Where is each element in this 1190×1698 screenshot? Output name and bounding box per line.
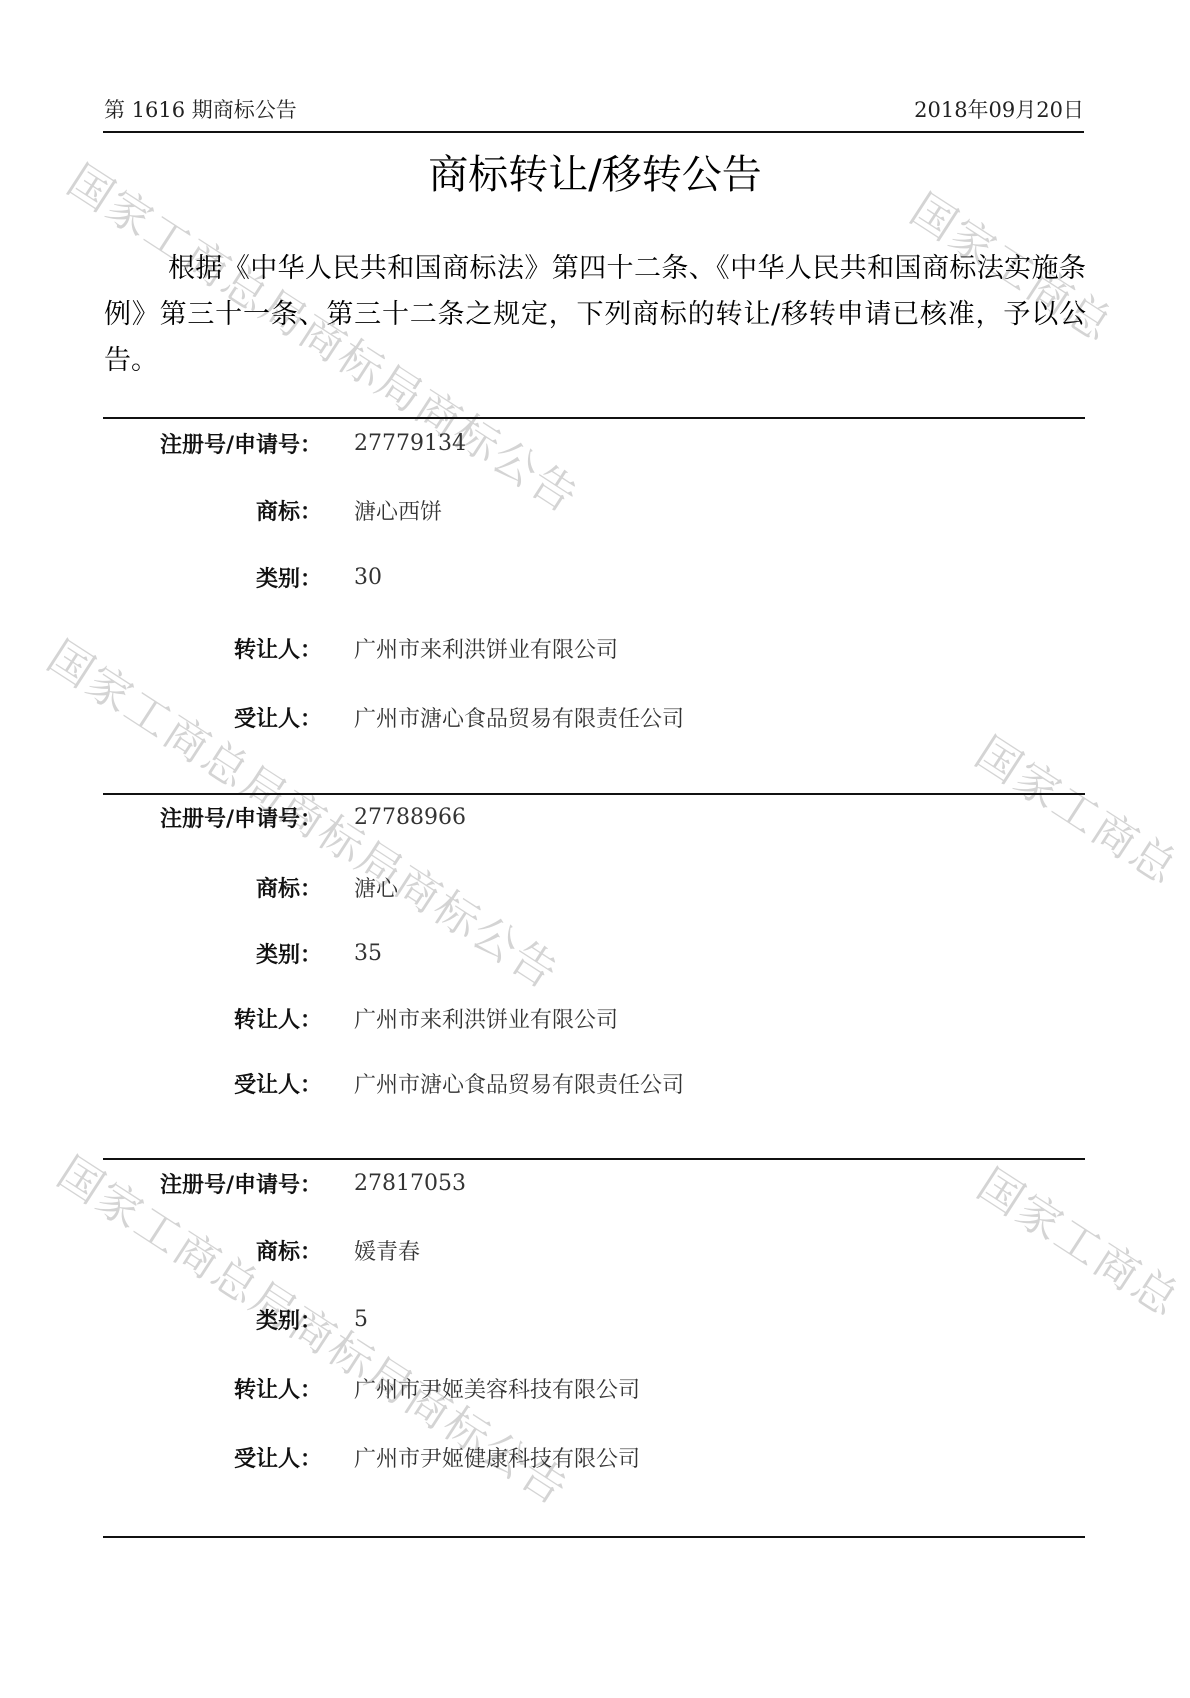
field-class: 类别： 30	[104, 562, 382, 592]
field-reg-no: 注册号/申请号： 27788966	[104, 802, 466, 832]
transferee-value: 广州市尹姬健康科技有限公司	[354, 1442, 640, 1473]
field-reg-no: 注册号/申请号： 27779134	[104, 428, 466, 458]
reg-no-value: 27788966	[354, 805, 466, 830]
field-label: 类别：	[104, 1304, 322, 1335]
field-label: 类别：	[104, 562, 322, 593]
field-label: 商标：	[104, 872, 322, 903]
field-transferee: 受让人： 广州市溏心食品贸易有限责任公司	[104, 702, 684, 732]
transferor-value: 广州市来利洪饼业有限公司	[354, 633, 618, 664]
field-class: 类别： 35	[104, 938, 382, 968]
page-title: 商标转让/移转公告	[0, 143, 1190, 200]
field-label: 受让人：	[104, 1068, 322, 1099]
reg-no-value: 27779134	[354, 431, 466, 456]
intro-paragraph: 根据《中华人民共和国商标法》第四十二条、《中华人民共和国商标法实施条例》第三十一…	[104, 246, 1086, 384]
field-label: 类别：	[104, 938, 322, 969]
field-label: 转让人：	[104, 633, 322, 664]
field-label: 转让人：	[104, 1373, 322, 1404]
field-label: 注册号/申请号：	[104, 1168, 322, 1199]
section-divider	[103, 793, 1085, 795]
trademark-value: 溏心西饼	[354, 495, 442, 526]
transferor-value: 广州市来利洪饼业有限公司	[354, 1003, 618, 1034]
transferor-value: 广州市尹姬美容科技有限公司	[354, 1373, 640, 1404]
field-label: 转让人：	[104, 1003, 322, 1034]
section-divider	[103, 417, 1085, 419]
issue-number: 第 1616 期商标公告	[104, 94, 297, 124]
field-label: 受让人：	[104, 1442, 322, 1473]
announcement-page: 第 1616 期商标公告 2018年09月20日 商标转让/移转公告 根据《中华…	[0, 0, 1190, 1698]
header-divider	[103, 131, 1084, 133]
section-divider	[103, 1536, 1085, 1538]
field-label: 商标：	[104, 495, 322, 526]
class-value: 30	[354, 565, 382, 590]
transferee-value: 广州市溏心食品贸易有限责任公司	[354, 702, 684, 733]
section-divider	[103, 1158, 1085, 1160]
field-label: 受让人：	[104, 702, 322, 733]
field-trademark: 商标： 溏心	[104, 872, 398, 902]
field-reg-no: 注册号/申请号： 27817053	[104, 1168, 466, 1198]
running-header: 第 1616 期商标公告 2018年09月20日	[104, 94, 1084, 124]
reg-no-value: 27817053	[354, 1171, 466, 1196]
field-transferor: 转让人： 广州市来利洪饼业有限公司	[104, 1003, 618, 1033]
field-transferee: 受让人： 广州市溏心食品贸易有限责任公司	[104, 1068, 684, 1098]
field-trademark: 商标： 媛青春	[104, 1235, 420, 1265]
field-transferee: 受让人： 广州市尹姬健康科技有限公司	[104, 1442, 640, 1472]
class-value: 35	[354, 941, 382, 966]
field-label: 商标：	[104, 1235, 322, 1266]
field-transferor: 转让人： 广州市尹姬美容科技有限公司	[104, 1373, 640, 1403]
field-transferor: 转让人： 广州市来利洪饼业有限公司	[104, 633, 618, 663]
field-class: 类别： 5	[104, 1304, 368, 1334]
field-trademark: 商标： 溏心西饼	[104, 495, 442, 525]
transferee-value: 广州市溏心食品贸易有限责任公司	[354, 1068, 684, 1099]
issue-date: 2018年09月20日	[914, 94, 1084, 124]
class-value: 5	[354, 1307, 368, 1332]
trademark-value: 媛青春	[354, 1235, 420, 1266]
field-label: 注册号/申请号：	[104, 802, 322, 833]
trademark-value: 溏心	[354, 872, 398, 903]
field-label: 注册号/申请号：	[104, 428, 322, 459]
